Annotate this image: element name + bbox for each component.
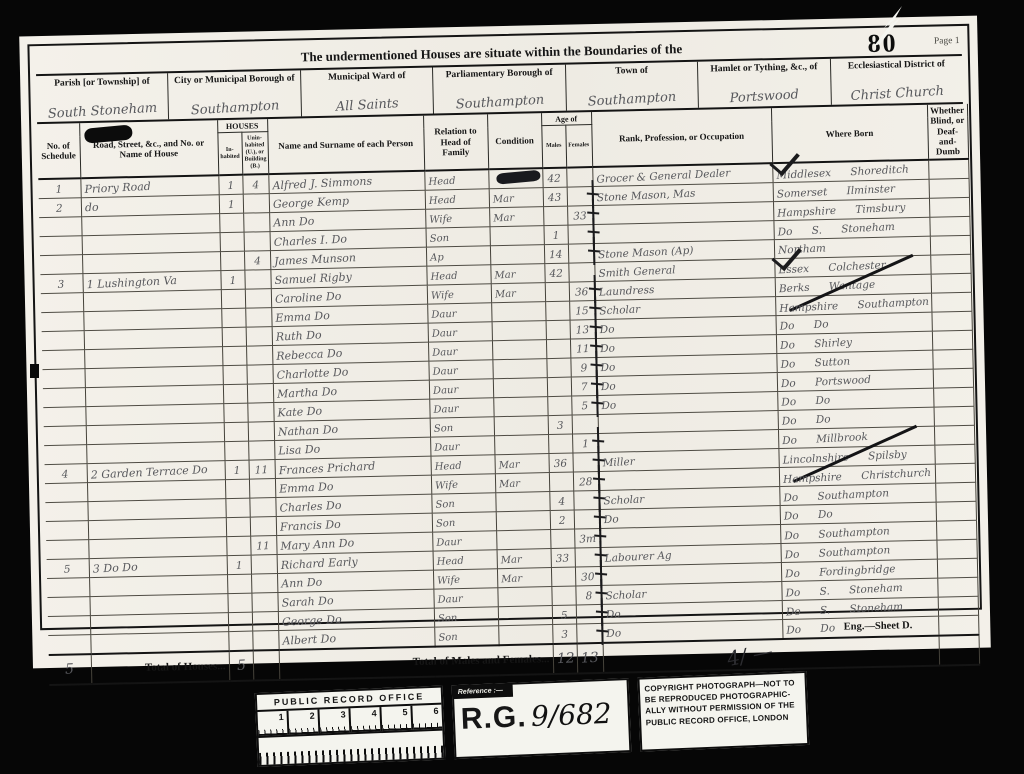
- cell-age-male: [547, 396, 571, 416]
- reference-label: Reference :—: [453, 684, 514, 699]
- cell-condition: [495, 491, 549, 511]
- pro-ruler-box: PUBLIC RECORD OFFICE 1 2 3 4 5 6: [255, 686, 446, 767]
- cell-inhabited: 1: [218, 174, 242, 194]
- cell-schedule: [43, 406, 85, 426]
- cell-relation: Son: [434, 625, 498, 646]
- cell-blind: [935, 463, 975, 483]
- copyright-box: COPYRIGHT PHOTOGRAPH—NOT TO BE REPRODUCE…: [637, 671, 809, 752]
- census-sheet: The undermentioned Houses are situate wi…: [19, 16, 991, 669]
- cell-condition: [494, 434, 548, 454]
- cell-inhabited: [224, 441, 248, 461]
- cell-uninhabited: [245, 288, 271, 308]
- cell-schedule: [39, 216, 81, 236]
- cell-age-male: [550, 529, 574, 549]
- cell-relation: Daur: [432, 530, 496, 550]
- col-header-name: Name and Surname of each Person: [267, 116, 424, 174]
- cell-age-male: [547, 377, 571, 397]
- cell-inhabited: [226, 536, 250, 556]
- reference-prefix: R.G.: [460, 700, 527, 736]
- totals-scrawl: 4/ —: [603, 635, 940, 672]
- district-field: City or Municipal Borough of Southampton: [168, 70, 301, 119]
- cell-relation: Daur: [428, 341, 492, 361]
- cell-uninhabited: [243, 193, 269, 213]
- reference-number: 9/682: [530, 697, 612, 733]
- cell-age-female: 33: [567, 205, 593, 225]
- cell-blind: [933, 387, 973, 407]
- cell-blind: [934, 444, 974, 464]
- cell-blind: [938, 596, 978, 616]
- cell-condition: [492, 339, 546, 359]
- cell-relation: Son: [430, 416, 494, 436]
- cell-uninhabited: [252, 630, 278, 650]
- cell-uninhabited: [251, 592, 277, 612]
- cell-age-male: [549, 472, 573, 492]
- cell-age-male: 43: [543, 187, 567, 207]
- cell-relation: Ap: [426, 246, 490, 266]
- district-value: Southampton: [190, 99, 279, 119]
- cell-blind: [936, 539, 976, 559]
- cell-age-male: [545, 282, 569, 302]
- cell-houses-total: 5: [229, 650, 254, 681]
- cell-uninhabited: [246, 364, 272, 384]
- cell-inhabited: [226, 517, 250, 537]
- cell-uninhabited: [247, 402, 273, 422]
- cell-age-female: 8: [575, 585, 601, 605]
- cell-relation: Daur: [433, 587, 497, 607]
- cell-blind: [936, 520, 976, 540]
- cell-blind: [933, 368, 973, 388]
- cell-age-female: [568, 243, 594, 263]
- cell-condition: Mar: [497, 548, 551, 568]
- cell-schedule: 2: [39, 197, 81, 217]
- cell-inhabited: [221, 308, 245, 328]
- cell-condition: Mar: [489, 206, 543, 226]
- cell-condition: [494, 415, 548, 435]
- cell-blind: [930, 235, 970, 255]
- cell-age-male: 2: [550, 510, 574, 530]
- cell-age-male: [551, 567, 575, 587]
- cell-inhabited: 1: [227, 555, 251, 575]
- cell-schedule: 4: [45, 463, 87, 483]
- cell-blind: [928, 159, 968, 179]
- cell-uninhabited: [248, 421, 274, 441]
- cell-blind: [932, 330, 972, 350]
- cell-uninhabited: [252, 611, 278, 631]
- col-header-schedule: No. of Schedule: [37, 123, 80, 179]
- cell-age-female: 3m: [574, 528, 600, 548]
- col-header-address: Road, Street, &c., and No. or Name of Ho…: [79, 120, 218, 178]
- cell-uninhabited: [248, 440, 274, 460]
- cell-uninhabited: [246, 345, 272, 365]
- smudge-mark: [495, 169, 540, 184]
- cell-condition: [498, 605, 552, 625]
- cell-relation: Daur: [430, 435, 494, 455]
- cell-blind: [931, 273, 971, 293]
- district-field: Town of Southampton: [566, 62, 699, 111]
- cell-uninhabited: 4: [242, 174, 268, 194]
- cell-relation: Head: [426, 265, 490, 285]
- cell-age-male: 4: [549, 491, 573, 511]
- pro-stamp-strip: PUBLIC RECORD OFFICE 1 2 3 4 5 6 Referen…: [255, 671, 810, 767]
- cell-uninhabited: [249, 497, 275, 517]
- cell-condition: [488, 168, 542, 189]
- col-header-uninhabited: Unin-habited (U.), or Building (B.): [241, 132, 268, 174]
- cell-blind: [931, 311, 971, 331]
- cell-age-female: 1: [572, 433, 598, 453]
- cell-blind: [930, 254, 970, 274]
- district-field: Hamlet or Tything, &c., of Portswood: [698, 59, 831, 108]
- cell-blind: [938, 615, 978, 635]
- cell-relation: Head: [424, 169, 488, 190]
- cell-age-female: 11: [570, 338, 596, 358]
- cell-relation: Daur: [429, 378, 493, 398]
- cell-schedule: [42, 368, 84, 388]
- cell-schedule: [48, 615, 90, 635]
- cell-blind: [937, 577, 977, 597]
- cell-uninhabited: 11: [250, 535, 276, 555]
- cell-schedule: [42, 349, 84, 369]
- district-field: Parliamentary Borough of Southampton: [433, 65, 566, 114]
- district-value: All Saints: [336, 97, 400, 115]
- reference-box: Reference :— R.G. 9/682: [452, 678, 631, 759]
- cell-females-total: 13: [577, 643, 604, 674]
- cell-age-male: [545, 301, 569, 321]
- cell-inhabited: [222, 327, 246, 347]
- cell-schedule: [44, 444, 86, 464]
- cell-relation: Wife: [427, 284, 491, 304]
- cell-condition: Mar: [489, 187, 543, 207]
- cell-inhabited: [227, 593, 251, 613]
- cell-age-male: 36: [548, 453, 572, 473]
- cell-age-female: 7: [571, 376, 597, 396]
- census-rows: 1Priory Road14Alfred J. SimmonsHead42Gro…: [38, 159, 978, 655]
- cell-condition: Mar: [497, 567, 551, 587]
- col-header-houses: HOUSES: [217, 119, 267, 133]
- cell-inhabited: [225, 479, 249, 499]
- col-header-relation: Relation to Head of Family: [423, 114, 488, 170]
- cell-relation: Daur: [428, 322, 492, 342]
- cell-blind: [935, 482, 975, 502]
- district-value: Southampton: [455, 94, 544, 114]
- cell-males-total: 12: [553, 643, 578, 674]
- cell-schedule: [45, 501, 87, 521]
- col-header-inhabited: In-habited: [217, 133, 242, 175]
- cell-schedule: [46, 539, 88, 559]
- cell-age-female: [572, 414, 598, 434]
- cell-age-female: [576, 604, 602, 624]
- cell-relation: Head: [430, 454, 494, 474]
- cell-condition: Mar: [494, 453, 548, 473]
- cell-age-female: [567, 186, 593, 206]
- cell-relation: Wife: [433, 568, 497, 588]
- cell-condition: Mar: [491, 282, 545, 302]
- cell-schedule: 5: [47, 558, 89, 578]
- district-value: South Stoneham: [48, 102, 158, 123]
- cell-age-female: 5: [571, 395, 597, 415]
- cell-age-female: 9: [570, 357, 596, 377]
- cell-age-male: 42: [542, 167, 566, 187]
- cell-age-male: [546, 339, 570, 359]
- cell-age-male: 42: [544, 263, 568, 283]
- cell-age-female: [573, 490, 599, 510]
- cell-inhabited: [225, 498, 249, 518]
- cell-schedule: 3: [40, 273, 82, 293]
- cell-age-male: [548, 434, 572, 454]
- cell-relation: Head: [433, 549, 497, 569]
- cell-age-male: 3: [552, 624, 576, 644]
- cell-schedule: [45, 482, 87, 502]
- cell-condition: [493, 396, 547, 416]
- cell-inhabited: [223, 384, 247, 404]
- cell-age-male: 1: [543, 225, 567, 245]
- cell-condition: [496, 510, 550, 530]
- cell-uninhabited: 4: [244, 250, 270, 270]
- cell-inhabited: 1: [225, 460, 249, 480]
- cell-schedule-total: 5: [49, 654, 92, 685]
- cell-relation: Head: [425, 189, 489, 209]
- cell-relation: Wife: [431, 473, 495, 493]
- cell-condition: Mar: [490, 263, 544, 283]
- cell-schedule: [46, 520, 88, 540]
- cell-age-male: 14: [544, 244, 568, 264]
- cell-age-female: 36: [569, 281, 595, 301]
- cell-condition: [496, 529, 550, 549]
- cell-age-male: 33: [551, 548, 575, 568]
- cell-relation: Wife: [425, 208, 489, 228]
- cell-uninhabited: [247, 383, 273, 403]
- cell-condition: [489, 225, 543, 245]
- cell-schedule: [41, 292, 83, 312]
- cell-age-female: [568, 262, 594, 282]
- cell-age-female: 13: [570, 319, 596, 339]
- col-header-females: Females: [565, 125, 592, 167]
- cell-relation: Son: [432, 511, 496, 531]
- cell-schedule: [47, 577, 89, 597]
- cell-schedule: [42, 330, 84, 350]
- scratch-mark-icon: [868, 4, 924, 48]
- cell-relation: Daur: [427, 303, 491, 323]
- cell-inhabited: [227, 574, 251, 594]
- cell-age-female: [576, 623, 602, 643]
- cell-inhabited: [224, 422, 248, 442]
- cell-uninhabited: [244, 269, 270, 289]
- cell-condition: [490, 244, 544, 264]
- cell-uninhabited: [244, 231, 270, 251]
- district-field: Parish [or Township] of South Stoneham: [36, 73, 169, 122]
- cell-uninhabited: [243, 212, 269, 232]
- cell-inhabited: [219, 213, 243, 233]
- cell-age-female: [567, 224, 593, 244]
- cell-uninhabited: [251, 554, 277, 574]
- cell-inhabited: [228, 631, 252, 651]
- sheet-note: Eng.—Sheet D.: [844, 620, 913, 632]
- cell-blind: [929, 178, 969, 198]
- cell-relation: Son: [434, 606, 498, 626]
- cell-blind: [936, 501, 976, 521]
- cell-schedule: [43, 387, 85, 407]
- census-table: No. of Schedule Road, Street, &c., and N…: [37, 104, 980, 686]
- district-value: Portswood: [730, 88, 800, 107]
- cell-schedule: [41, 311, 83, 331]
- cell-inhabited: [228, 612, 252, 632]
- cell-age-female: [574, 509, 600, 529]
- cell-age-female: [572, 452, 598, 472]
- cell-age-female: 30: [575, 566, 601, 586]
- district-value: Christ Church: [850, 85, 944, 105]
- ink-smear: [30, 364, 39, 378]
- cell-age-female: 15: [569, 300, 595, 320]
- col-header-condition: Condition: [487, 113, 542, 169]
- col-header-males: Males: [541, 126, 566, 168]
- cell-blind: [934, 425, 974, 445]
- boundary-line: The undermentioned Houses are situate wi…: [301, 41, 683, 65]
- cell-uninhabited: [246, 326, 272, 346]
- cell-condition: [492, 358, 546, 378]
- cell-schedule: [44, 425, 86, 445]
- cell-inhabited: [220, 251, 244, 271]
- cell-blind: [932, 349, 972, 369]
- total-houses-label: Total of Houses...: [91, 651, 230, 684]
- cell-relation: Son: [425, 227, 489, 247]
- cell-age-male: 5: [552, 605, 576, 625]
- cell-schedule: [40, 254, 82, 274]
- cell-uninhabited: 11: [249, 459, 275, 479]
- cell-blind: [931, 292, 971, 312]
- cell-age-male: [546, 320, 570, 340]
- cell-condition: [498, 624, 552, 645]
- cell-inhabited: [221, 289, 245, 309]
- cell-schedule: 1: [38, 178, 80, 198]
- cell-schedule: [47, 596, 89, 616]
- district-field: Municipal Ward of All Saints: [301, 67, 434, 116]
- total-males-females-label: Total of Males and Females...: [279, 644, 554, 680]
- cell-blind: [934, 406, 974, 426]
- cell-blind: [937, 558, 977, 578]
- cell-age-female: 28: [573, 471, 599, 491]
- district-field: Ecclesiastical District of Christ Church: [830, 56, 962, 105]
- cell-age-male: [543, 206, 567, 226]
- cell-blind: [929, 216, 969, 236]
- cell-inhabited: 1: [220, 270, 244, 290]
- cell-age-female: [566, 167, 592, 187]
- district-value: Southampton: [588, 91, 677, 111]
- cell-inhabited: [220, 232, 244, 252]
- cell-relation: Daur: [429, 397, 493, 417]
- cell-age-male: [546, 358, 570, 378]
- cell-inhabited: [223, 403, 247, 423]
- cell-relation: Son: [431, 492, 495, 512]
- cell-schedule: [40, 235, 82, 255]
- cell-age-male: [551, 586, 575, 606]
- cell-uninhabited: [245, 307, 271, 327]
- col-header-blind: Whether Blind, or Deaf-and-Dumb: [927, 104, 968, 160]
- cell-age-male: 3: [548, 415, 572, 435]
- scanned-census-photograph: { "header": { "boundary_line": "The unde…: [0, 0, 1024, 774]
- cell-inhabited: [222, 346, 246, 366]
- cell-inhabited: 1: [219, 194, 243, 214]
- cell-relation: Daur: [428, 359, 492, 379]
- cell-uninhabited: [251, 573, 277, 593]
- cell-uninhabited: [250, 516, 276, 536]
- page-label: Page 1: [934, 36, 960, 47]
- cell-condition: Mar: [495, 472, 549, 492]
- col-header-age: Age of: [541, 112, 591, 126]
- cell-inhabited: [222, 365, 246, 385]
- cell-schedule: [48, 634, 90, 654]
- cell-condition: [497, 586, 551, 606]
- col-header-occupation: Rank, Profession, or Occupation: [591, 108, 772, 167]
- cell-blind: [929, 197, 969, 217]
- cell-condition: [493, 377, 547, 397]
- cell-age-female: [575, 547, 601, 567]
- cell-uninhabited: [249, 478, 275, 498]
- cell-condition: [492, 320, 546, 340]
- cell-condition: [491, 301, 545, 321]
- sheet-frame: The undermentioned Houses are situate wi…: [27, 24, 982, 630]
